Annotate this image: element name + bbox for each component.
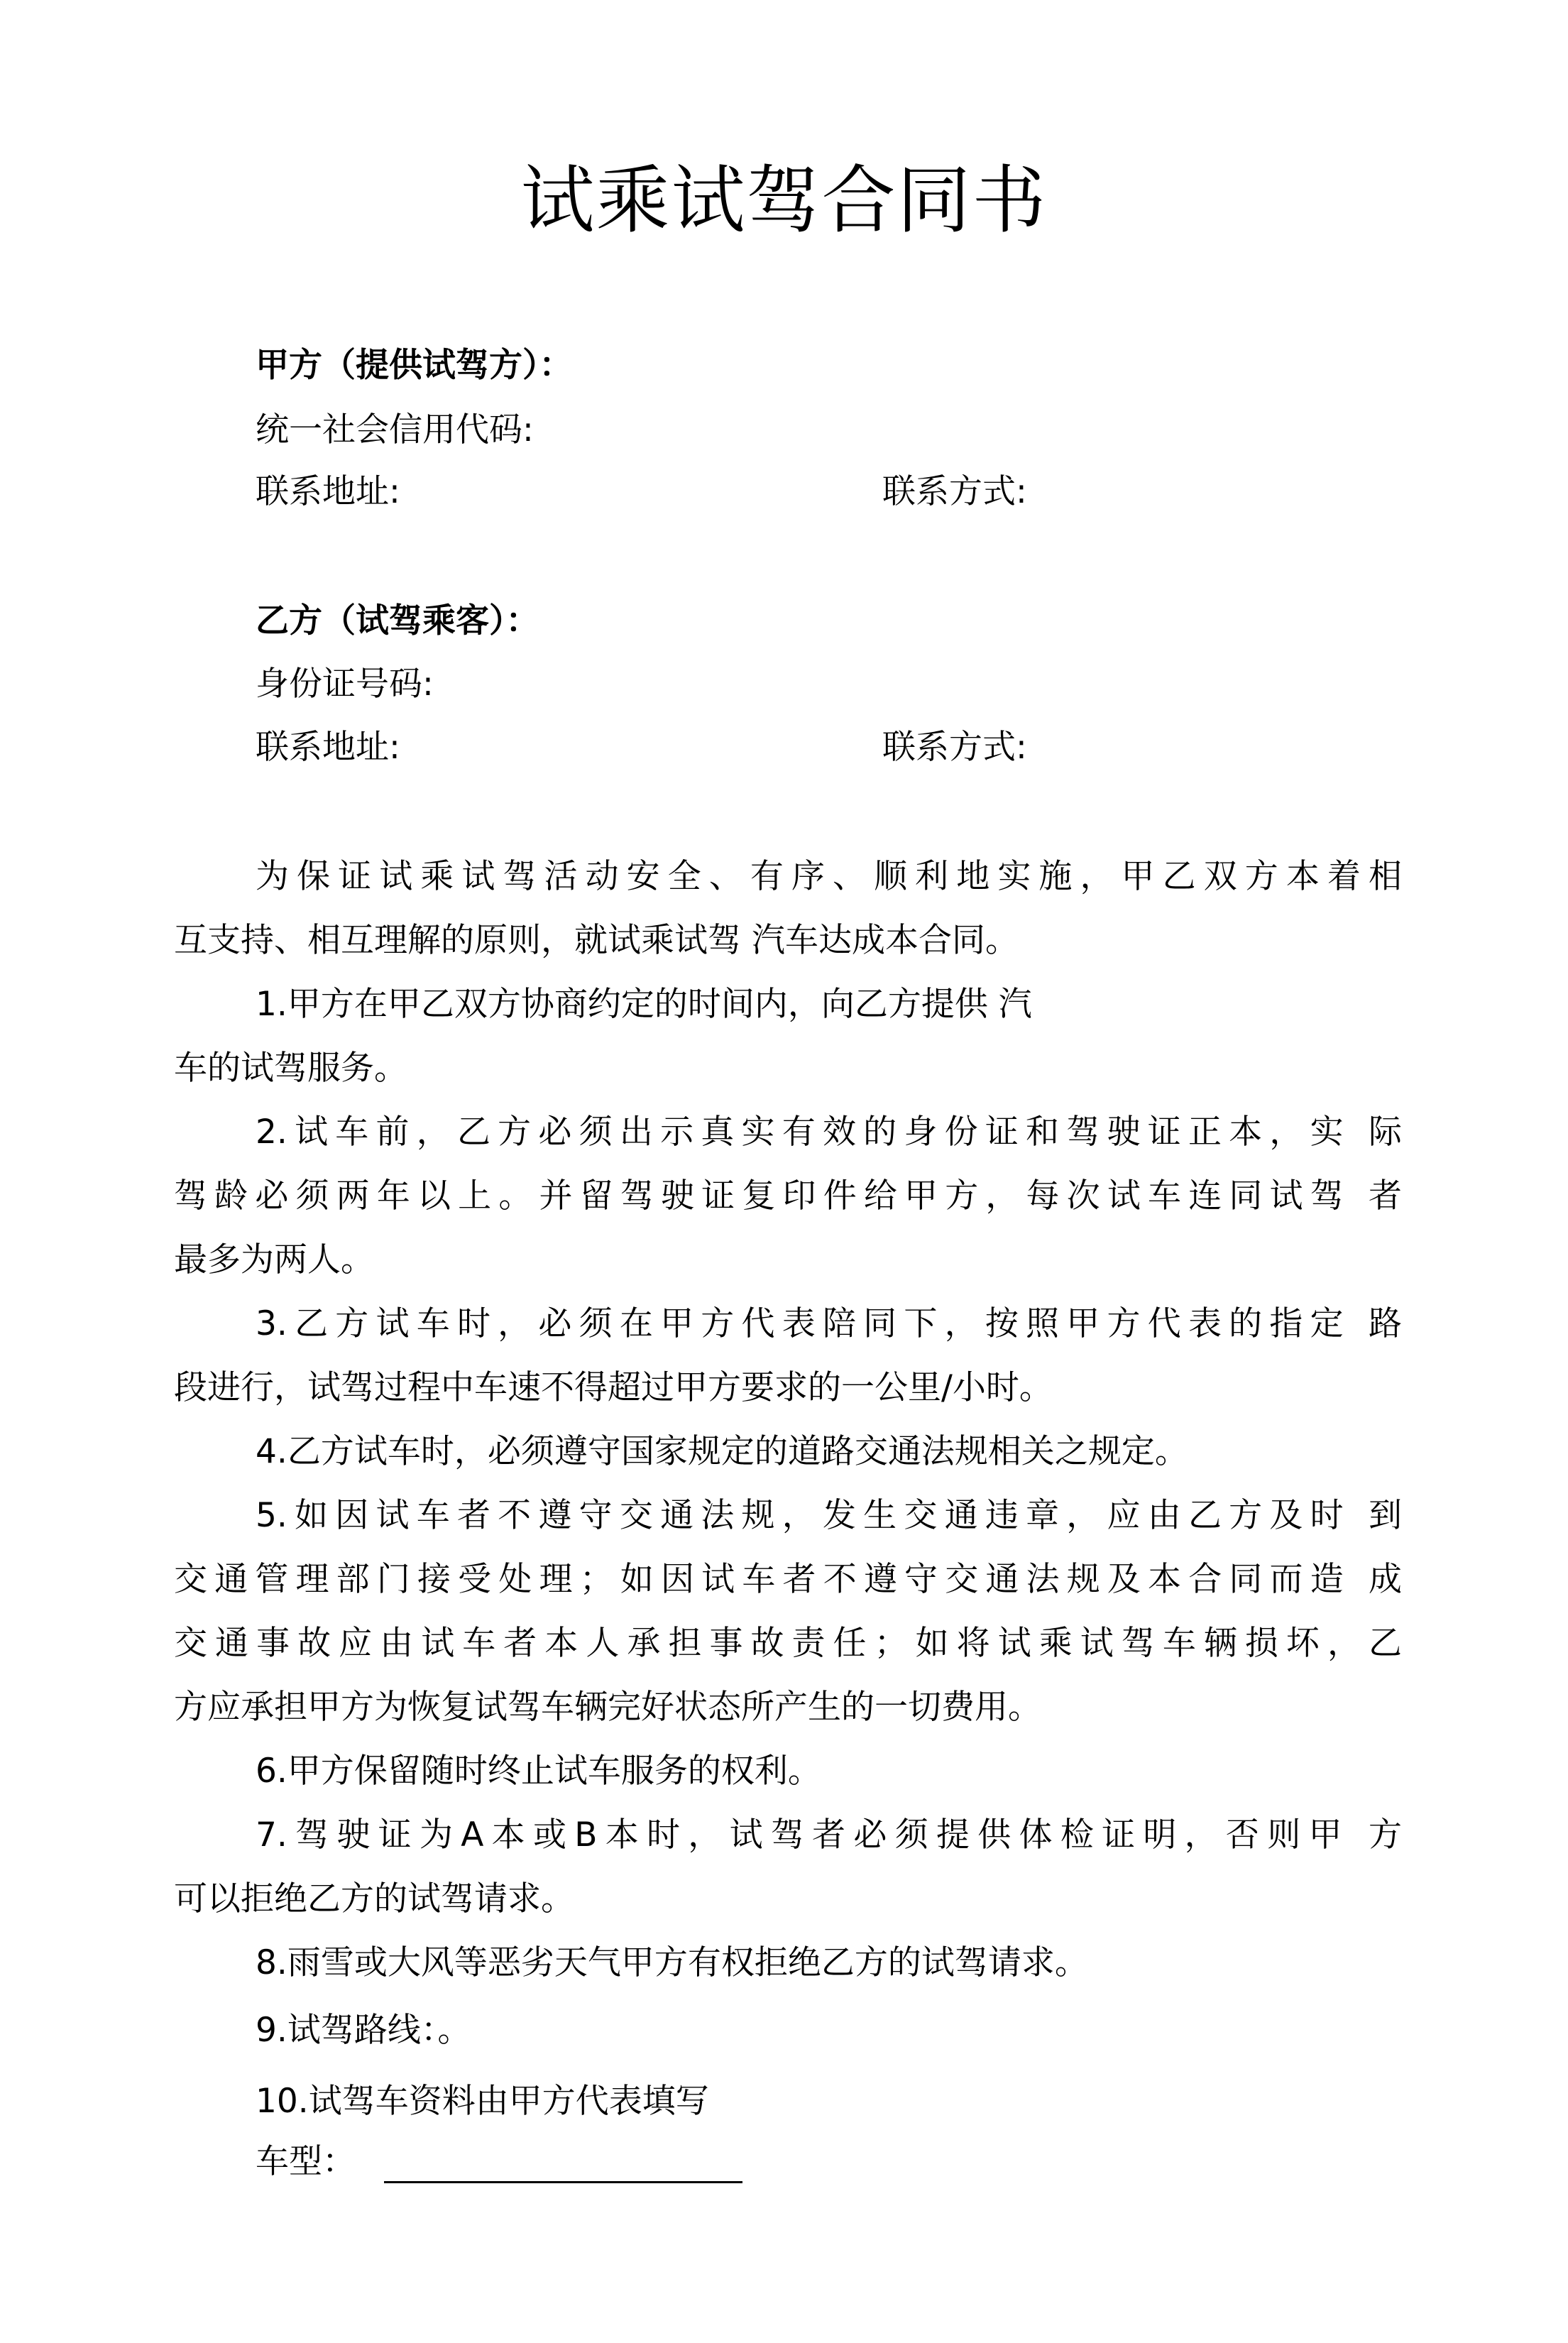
party-b-address-label: 联系地址: — [256, 726, 400, 769]
clause-3-line-1: 3.乙方试车时，必须在甲方代表陪同下，按照甲方代表的指定 路 — [256, 1303, 1402, 1345]
clause-9-line-1: 9.试驾路线：。 — [256, 2009, 471, 2052]
clause-5-line-1: 5.如因试车者不遵守交通法规，发生交通违章，应由乙方及时 到 — [256, 1495, 1402, 1537]
clause-1-line-2: 车的试驾服务。 — [174, 1047, 1402, 1090]
vehicle-model-label: 车型： — [256, 2142, 356, 2181]
party-a-contact-label: 联系方式: — [882, 471, 1027, 513]
clause-6-line-1: 6.甲方保留随时终止试车服务的权利。 — [256, 1750, 821, 1793]
clause-2-line-2: 驾龄必须两年以上。并留驾驶证复印件给甲方，每次试车连同试驾 者 — [174, 1175, 1402, 1218]
party-b-heading: 乙方（试驾乘客）： — [256, 600, 539, 643]
party-a-heading: 甲方（提供试驾方）： — [256, 344, 573, 387]
document-title: 试乘试驾合同书 — [0, 158, 1568, 243]
party-b-contact-label: 联系方式: — [882, 726, 1027, 769]
party-b-id-label: 身份证号码: — [256, 663, 434, 706]
clause-7-line-1: 7.驾驶证为A本或B本时，试驾者必须提供体检证明，否则甲 方 — [256, 1814, 1402, 1857]
clause-2-line-3: 最多为两人。 — [174, 1239, 1402, 1282]
vehicle-model-row: 车型： — [256, 2141, 742, 2183]
clause-5-line-2: 交通管理部门接受处理；如因试车者不遵守交通法规及本合同而造 成 — [174, 1558, 1402, 1601]
clause-7-line-2: 可以拒绝乙方的试驾请求。 — [174, 1878, 1402, 1921]
clause-2-line-1: 2.试车前，乙方必须出示真实有效的身份证和驾驶证正本，实 际 — [256, 1111, 1402, 1154]
vehicle-model-blank-field[interactable] — [384, 2150, 742, 2183]
clause-5-line-3: 交通事故应由试车者本人承担事故责任；如将试乘试驾车辆损坏，乙 — [174, 1622, 1402, 1665]
preamble-line-2: 互支持、相互理解的原则，就试乘试驾 汽车达成本合同。 — [174, 919, 1402, 962]
clause-4-line-1: 4.乙方试车时，必须遵守国家规定的道路交通法规相关之规定。 — [256, 1431, 1188, 1473]
clause-5-line-4: 方应承担甲方为恢复试驾车辆完好状态所产生的一切费用。 — [174, 1686, 1402, 1729]
party-a-address-label: 联系地址: — [256, 471, 400, 513]
preamble-line-1: 为保证试乘试驾活动安全、有序、顺利地实施，甲乙双方本着相 — [256, 856, 1402, 898]
clause-8-line-1: 8.雨雪或大风等恶劣天气甲方有权拒绝乙方的试驾请求。 — [256, 1942, 1088, 1984]
party-a-credit-code-label: 统一社会信用代码: — [256, 409, 534, 452]
clause-3-line-2: 段进行，试驾过程中车速不得超过甲方要求的一公里/小时。 — [174, 1367, 1402, 1409]
clause-1-line-1: 1.甲方在甲乙双方协商约定的时间内，向乙方提供 汽 — [256, 983, 1032, 1026]
clause-10-line-1: 10.试驾车资料由甲方代表填写 — [256, 2080, 709, 2123]
